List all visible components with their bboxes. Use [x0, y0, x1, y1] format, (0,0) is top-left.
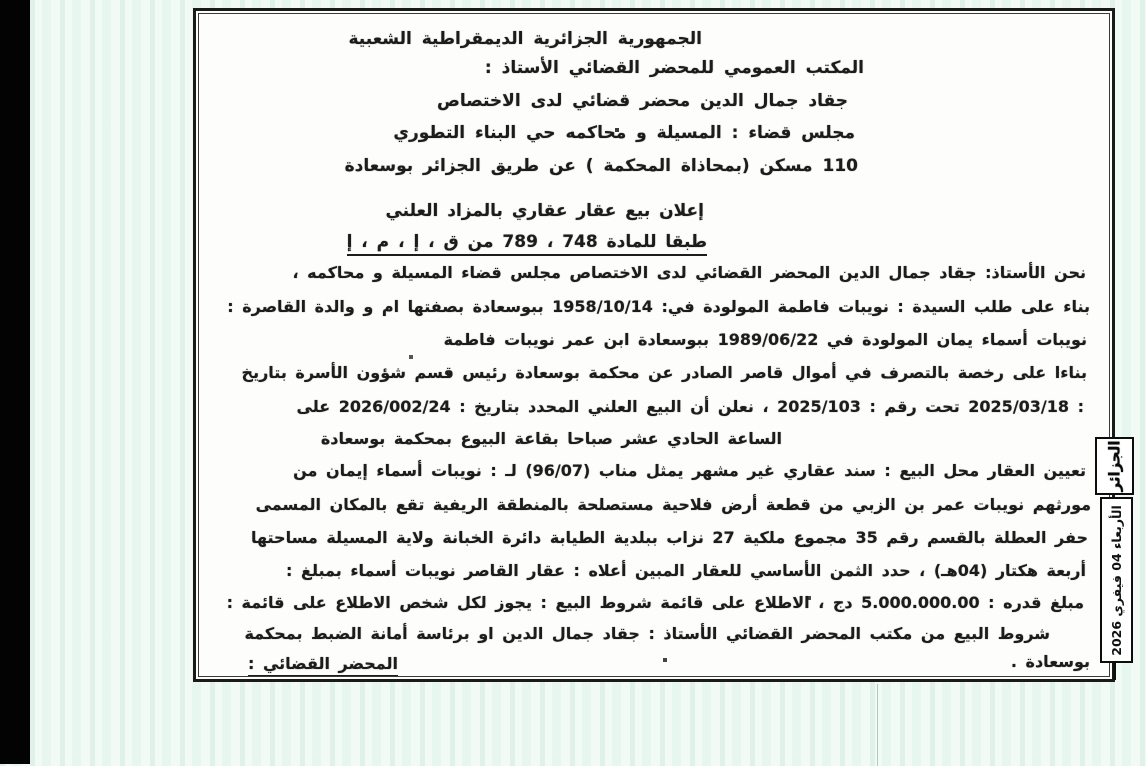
body-line: أربعة هكتار (04هـ) ، حدد الثمن الأساسي ل…: [286, 561, 1086, 580]
bailiff-name-line: جقاد جمال الدين محضر قضائي لدى الاختصاص: [437, 91, 848, 111]
newspaper-masthead-box: الجزائر: [1095, 437, 1134, 495]
office-line: المكتب العمومي للمحضر القضائي الأستاذ :: [485, 58, 864, 78]
issue-date-box: الأربعاء 04 فيفري 2026: [1100, 497, 1133, 663]
body-line: بناء على طلب السيدة : نويبات فاطمة المول…: [227, 297, 1090, 316]
scanner-edge-band: [0, 0, 30, 764]
newspaper-logo: الجزائر: [1106, 440, 1124, 491]
body-line: نويبات أسماء يمان المولودة في 1989/06/22…: [444, 330, 1087, 349]
legal-article-ref: طبقا للمادة 748 ، 789 من ق ، إ ، م ، إ: [347, 232, 707, 256]
address-line: 110 مسكن (بمحاذاة المحكمة ) عن طريق الجز…: [345, 156, 858, 176]
body-line: نحن الأستاذ: جقاد جمال الدين المحضر القض…: [293, 263, 1086, 282]
council-line: مجلس قضاء : المسيلة و محاكمه حي البناء ا…: [393, 123, 855, 143]
notice-frame: الجمهورية الجزائرية الديمقراطية الشعبية …: [193, 8, 1115, 682]
notice-title: إعلان بيع عقار عقاري بالمزاد العلني: [385, 201, 704, 221]
body-line: بناءا على رخصة بالتصرف في أموال قاصر الص…: [242, 363, 1087, 382]
body-line: شروط البيع من مكتب المحضر القضائي الأستا…: [244, 624, 1050, 643]
signature-label: المحضر القضائي :: [248, 654, 398, 677]
body-line: بوسعادة .: [1011, 652, 1090, 671]
scan-noise: [196, 11, 198, 13]
body-line: مورثهم نويبات عمر بن الزبي من قطعة أرض ف…: [256, 495, 1091, 514]
issue-date: الأربعاء 04 فيفري 2026: [1109, 505, 1124, 656]
body-line: تعيين العقار محل البيع : سند عقاري غير م…: [293, 461, 1086, 480]
scan-fold-line: [877, 684, 878, 766]
body-line: مبلغ قدره : 5.000.000.00 دج ، الاطلاع عل…: [227, 593, 1084, 612]
scanned-page: الجمهورية الجزائرية الديمقراطية الشعبية …: [0, 0, 1146, 783]
republic-header: الجمهورية الجزائرية الديمقراطية الشعبية: [349, 29, 703, 49]
clipping-rule: [1113, 663, 1116, 680]
body-line: : 2025/03/18 تحت رقم : 2025/103 ، نعلن أ…: [297, 397, 1084, 416]
body-line: حفر العطلة بالقسم رقم 35 مجموع ملكية 27 …: [251, 528, 1088, 547]
body-line: الساعة الحادي عشر صباحا بقاعة البيوع بمح…: [321, 429, 782, 448]
